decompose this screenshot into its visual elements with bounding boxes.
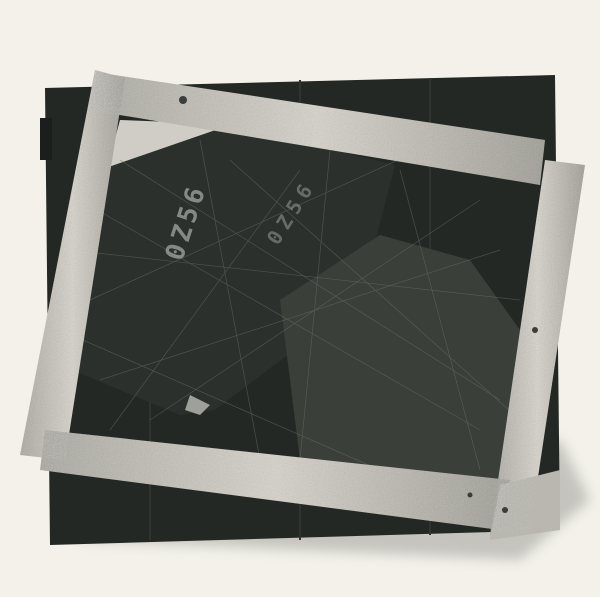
image-description: Black-and-white photograph of a weathere…	[0, 0, 1, 1]
photograph	[0, 0, 600, 597]
